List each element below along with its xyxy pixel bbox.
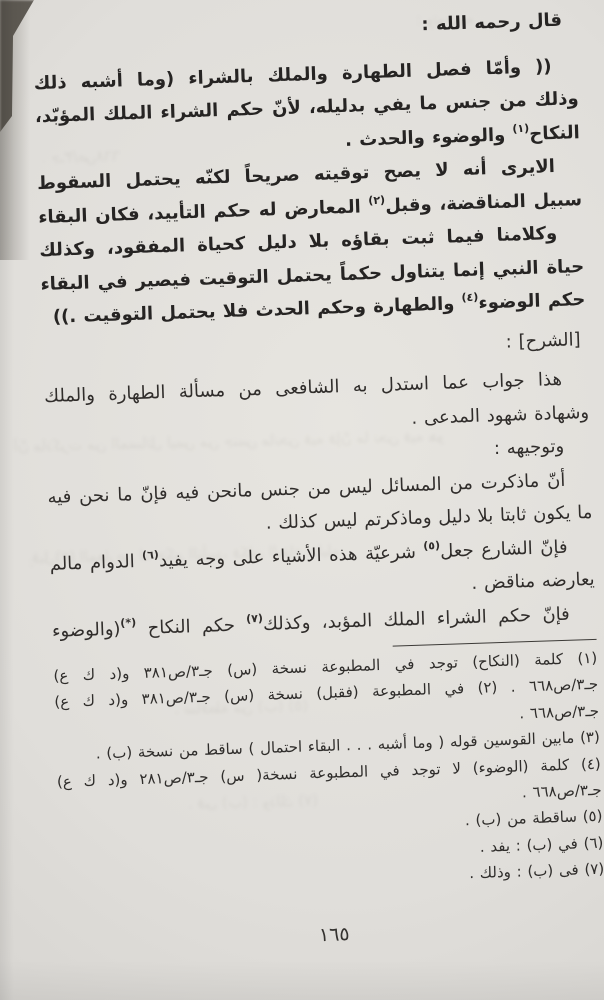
left-edge-gradient bbox=[0, 0, 14, 1000]
header-line: قال رحمه الله : bbox=[32, 3, 577, 55]
footnotes-block: (١) كلمة (النكاح) توجد في المطبوعة نسخة … bbox=[53, 645, 604, 900]
bottom-edge-gradient bbox=[0, 960, 604, 1000]
book-page-photo: وتوجيهه : جـ٣/ص٦٦٨ . أنّ ماذكرت من المسا… bbox=[0, 0, 604, 1000]
page-number: ١٦٥ bbox=[62, 914, 604, 954]
printed-text-block: قال رحمه الله : (( وأمّا فصل الطهارة وال… bbox=[32, 3, 604, 954]
